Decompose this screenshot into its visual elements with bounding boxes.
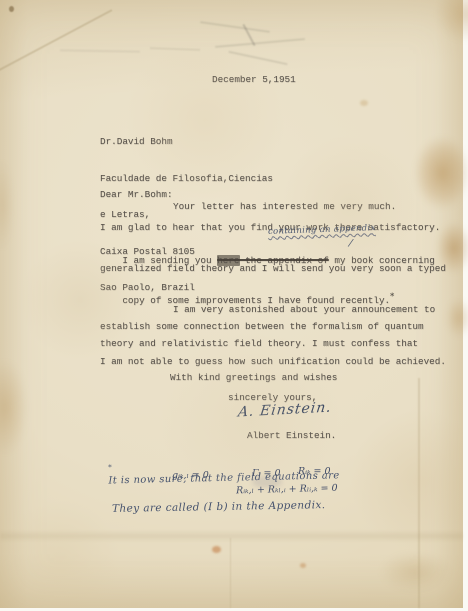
footnote-marker: * <box>108 463 112 471</box>
footnote-outro: They are called (I b) in the Appendix. <box>112 499 326 515</box>
faint-pencil-marks <box>200 21 270 33</box>
field-equation: Γᵢ = 0 <box>252 468 281 479</box>
crease-line <box>0 9 112 76</box>
address-line: Faculdade de Filosofia,Ciencias <box>100 173 273 186</box>
field-equation: Rᵢₖ = 0 <box>298 466 331 477</box>
faint-pencil-marks <box>228 51 287 65</box>
stain <box>0 360 28 455</box>
letter-line: I am very astonished about your announce… <box>173 304 435 316</box>
faint-pencil-marks <box>60 49 140 52</box>
stain-speck <box>360 100 368 106</box>
letter-line: Your letter has interested me very much. <box>173 201 396 213</box>
letter-line: establish some connection between the fo… <box>100 321 424 333</box>
footnote-reference-mark: * <box>390 292 394 301</box>
typed-signature: Albert Einstein. <box>247 430 336 442</box>
stain-speck <box>9 6 14 12</box>
date-line: December 5,1951 <box>212 74 296 86</box>
stain <box>0 160 14 250</box>
stain <box>380 552 450 592</box>
stain <box>446 298 468 338</box>
stain-speck <box>300 563 306 568</box>
stain <box>414 136 468 210</box>
salutation: Dear Mr.Bohm: <box>100 189 173 201</box>
closing-wishes-line: With kind greetings and wishes <box>170 372 337 384</box>
letter-line: I am not able to guess how such unificat… <box>100 356 446 368</box>
stain-speck <box>212 546 221 553</box>
crease-line <box>230 538 231 608</box>
faint-pencil-marks <box>242 24 255 46</box>
letter-paper: December 5,1951 Dr.David Bohm Faculdade … <box>0 0 463 608</box>
letter-line: generalized field theory and I will send… <box>100 263 446 275</box>
crease-line <box>418 378 420 608</box>
field-equation: Rᵢₖ,ₗ + Rₖₗ,ᵢ + Rₗᵢ,ₖ = 0 <box>236 483 338 497</box>
letter-line: theory and relativistic field theory. I … <box>100 338 418 350</box>
address-line: Dr.David Bohm <box>100 136 273 149</box>
crease-line <box>0 530 463 542</box>
field-equation: gᵢₖ,ₗ = 0 <box>172 470 209 481</box>
stain <box>436 0 468 42</box>
scanned-letter-screenshot: { "letter": { "date": "December 5,1951",… <box>0 0 468 611</box>
faint-pencil-marks <box>215 38 305 48</box>
faint-pencil-marks <box>150 47 200 50</box>
